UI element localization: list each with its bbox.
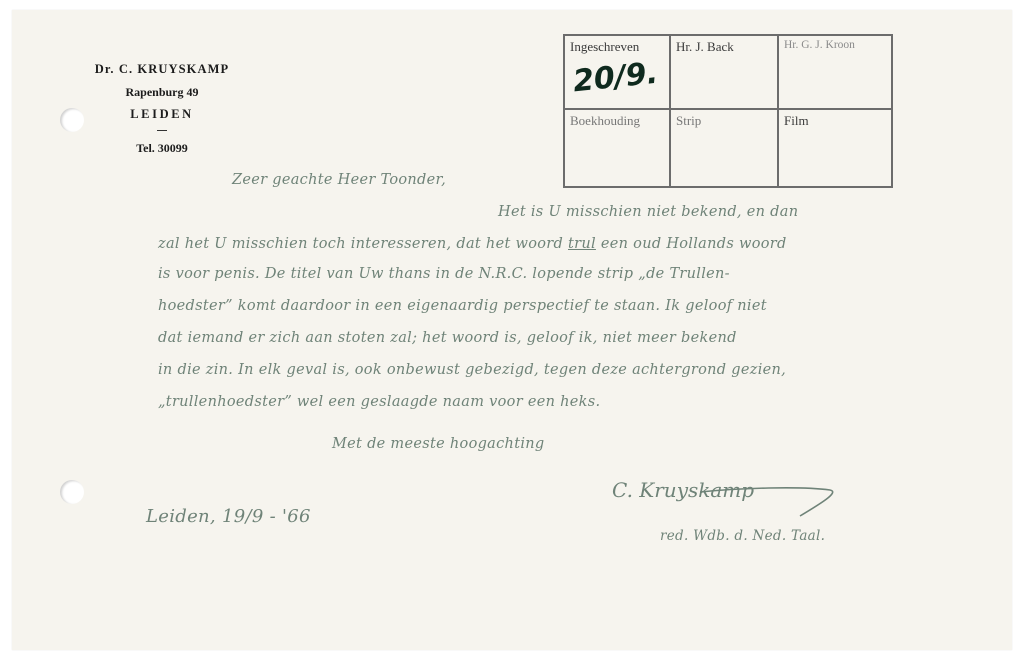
letterhead-street: Rapenburg 49 <box>82 85 242 100</box>
letterhead-name: Dr. C. KRUYSKAMP <box>82 62 242 77</box>
body-line: dat iemand er zich aan stoten zal; het w… <box>158 330 737 346</box>
stamp-label: Ingeschreven <box>570 39 639 54</box>
stamp-label: Film <box>784 113 809 128</box>
body-line-text: een oud Hollands woord <box>601 236 787 252</box>
body-line-text: zal het U misschien toch interesseren, d… <box>158 236 563 252</box>
letterhead-city: LEIDEN <box>82 107 242 122</box>
letterhead-divider <box>157 130 167 131</box>
place-date: Leiden, 19/9 - '66 <box>146 506 311 527</box>
punch-hole-top <box>60 108 84 132</box>
body-line: Het is U misschien niet bekend, en dan <box>498 204 798 220</box>
stamp-label: Hr. G. J. Kroon <box>784 39 855 51</box>
stamp-cell-film: Film <box>779 110 891 186</box>
stamp-cell-ingeschreven: Ingeschreven 20/9. <box>565 36 671 110</box>
signature-title: red. Wdb. d. Ned. Taal. <box>660 528 825 544</box>
signature-flourish <box>700 478 840 518</box>
punch-hole-bottom <box>60 480 84 504</box>
stamp-label: Boekhouding <box>570 113 640 128</box>
stamp-cell-strip: Strip <box>671 110 779 186</box>
stamp-label: Hr. J. Back <box>676 39 734 54</box>
letterhead-telephone: Tel. 30099 <box>82 141 242 156</box>
underlined-word: trul <box>568 236 596 252</box>
salutation: Zeer geachte Heer Toonder, <box>232 172 446 188</box>
body-line: „trullenhoedster” wel een geslaagde naam… <box>158 394 600 410</box>
stamp-cell-kroon: Hr. G. J. Kroon <box>779 36 891 110</box>
body-line: hoedster” komt daardoor in een eigenaard… <box>158 298 767 314</box>
stamp-label: Strip <box>676 113 701 128</box>
body-line: zal het U misschien toch interesseren, d… <box>158 236 787 252</box>
closing: Met de meeste hoogachting <box>332 436 544 452</box>
body-line: is voor penis. De titel van Uw thans in … <box>158 266 730 282</box>
body-line: in die zin. In elk geval is, ook onbewus… <box>158 362 786 378</box>
stamp-handwritten-date: 20/9. <box>571 56 659 100</box>
letterhead: Dr. C. KRUYSKAMP Rapenburg 49 LEIDEN Tel… <box>82 62 242 156</box>
stamp-cell-back: Hr. J. Back <box>671 36 779 110</box>
stamp-cell-boekhouding: Boekhouding <box>565 110 671 186</box>
registration-stamp: Ingeschreven 20/9. Hr. J. Back Hr. G. J.… <box>563 34 893 188</box>
